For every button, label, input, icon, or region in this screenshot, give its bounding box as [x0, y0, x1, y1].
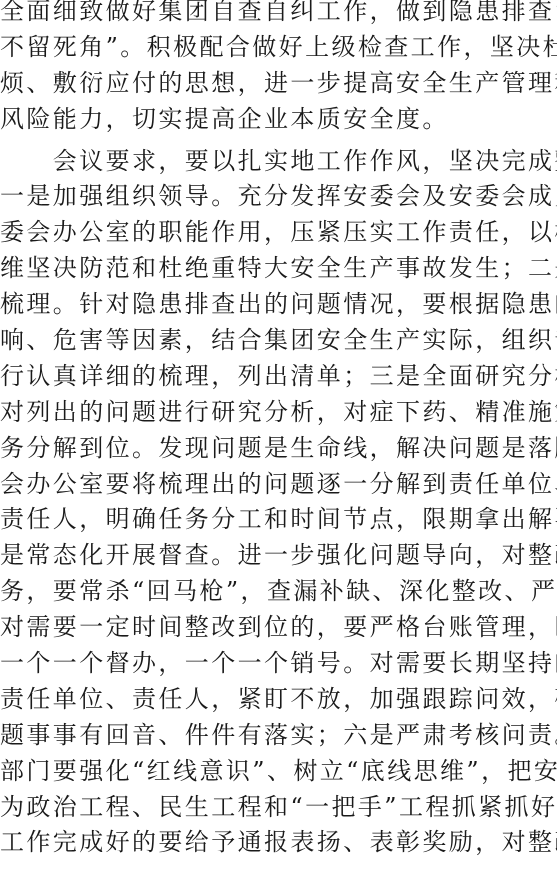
text-line: 工作完成好的要给予通报表扬、表彰奖励，对整改工作敷衍	[0, 825, 557, 861]
text-line: 务分解到位。发现问题是生命线，解决问题是落脚点，安委	[0, 431, 557, 467]
text-line: 对需要一定时间整改到位的，要严格台账管理，盯紧盯牢，	[0, 610, 557, 646]
text-line: 一个一个督办，一个一个销号。对需要长期坚持的，要明确	[0, 646, 557, 682]
text-line: 为政治工程、民生工程和“一把手”工程抓紧抓好，对整改	[0, 790, 557, 826]
document-page: 全面细致做好集团自查自纠工作，做到隐患排查“不留盲区、 不留死角”。积极配合做好…	[0, 0, 557, 896]
text-line: 部门要强化“红线意识”、树立“底线思维”，把安全生产作	[0, 754, 557, 790]
text-line: 一是加强组织领导。充分发挥安委会及安委会成员单位、安	[0, 179, 557, 215]
paragraph-2: 会议要求，要以扎实地工作作风，坚决完成整改工作。 一是加强组织领导。充分发挥安委…	[0, 144, 557, 896]
text-line: 对列出的问题进行研究分析，对症下药、精准施策；四是任	[0, 395, 557, 431]
text-line: 会办公室要将梳理出的问题逐一分解到责任单位、责任处室	[0, 467, 557, 503]
text-line: 务，要常杀“回马枪”，查漏补缺、深化整改、严防反弹。	[0, 574, 557, 610]
text-line: 维坚决防范和杜绝重特大安全生产事故发生；二是认真进行	[0, 251, 557, 287]
text-line: 是常态化开展督查。进一步强化问题导向，对整改完成的任	[0, 538, 557, 574]
text-line: 责任单位、责任人，紧盯不放，加强跟踪问效，确保每个问	[0, 682, 557, 718]
text-line: 全面细致做好集团自查自纠工作，做到隐患排查“不留盲区、	[0, 0, 557, 30]
paragraph-1: 全面细致做好集团自查自纠工作，做到隐患排查“不留盲区、 不留死角”。积极配合做好…	[0, 0, 557, 138]
text-line	[0, 861, 557, 896]
text-line: 梳理。针对隐患排查出的问题情况，要根据隐患的性质、影	[0, 287, 557, 323]
text-line: 不留死角”。积极配合做好上级检查工作，坚决杜绝厌战厌	[0, 30, 557, 66]
text-line: 委会办公室的职能作用，压紧压实工作责任，以树牢底线思	[0, 215, 557, 251]
text-line: 行认真详细的梳理，列出清单；三是全面研究分析。要逐一	[0, 359, 557, 395]
text-line: 响、危害等因素，结合集团安全生产实际，组织专门人员进	[0, 323, 557, 359]
text-line: 会议要求，要以扎实地工作作风，坚决完成整改工作。	[0, 144, 557, 180]
text-line: 烦、敷衍应付的思想，进一步提高安全生产管理和防范隐患	[0, 66, 557, 102]
text-line: 责任人，明确任务分工和时间节点，限期拿出解决方案；五	[0, 502, 557, 538]
text-line: 风险能力，切实提高企业本质安全度。	[0, 102, 557, 138]
text-line: 题事事有回音、件件有落实；六是严肃考核问责。各单位各	[0, 718, 557, 754]
